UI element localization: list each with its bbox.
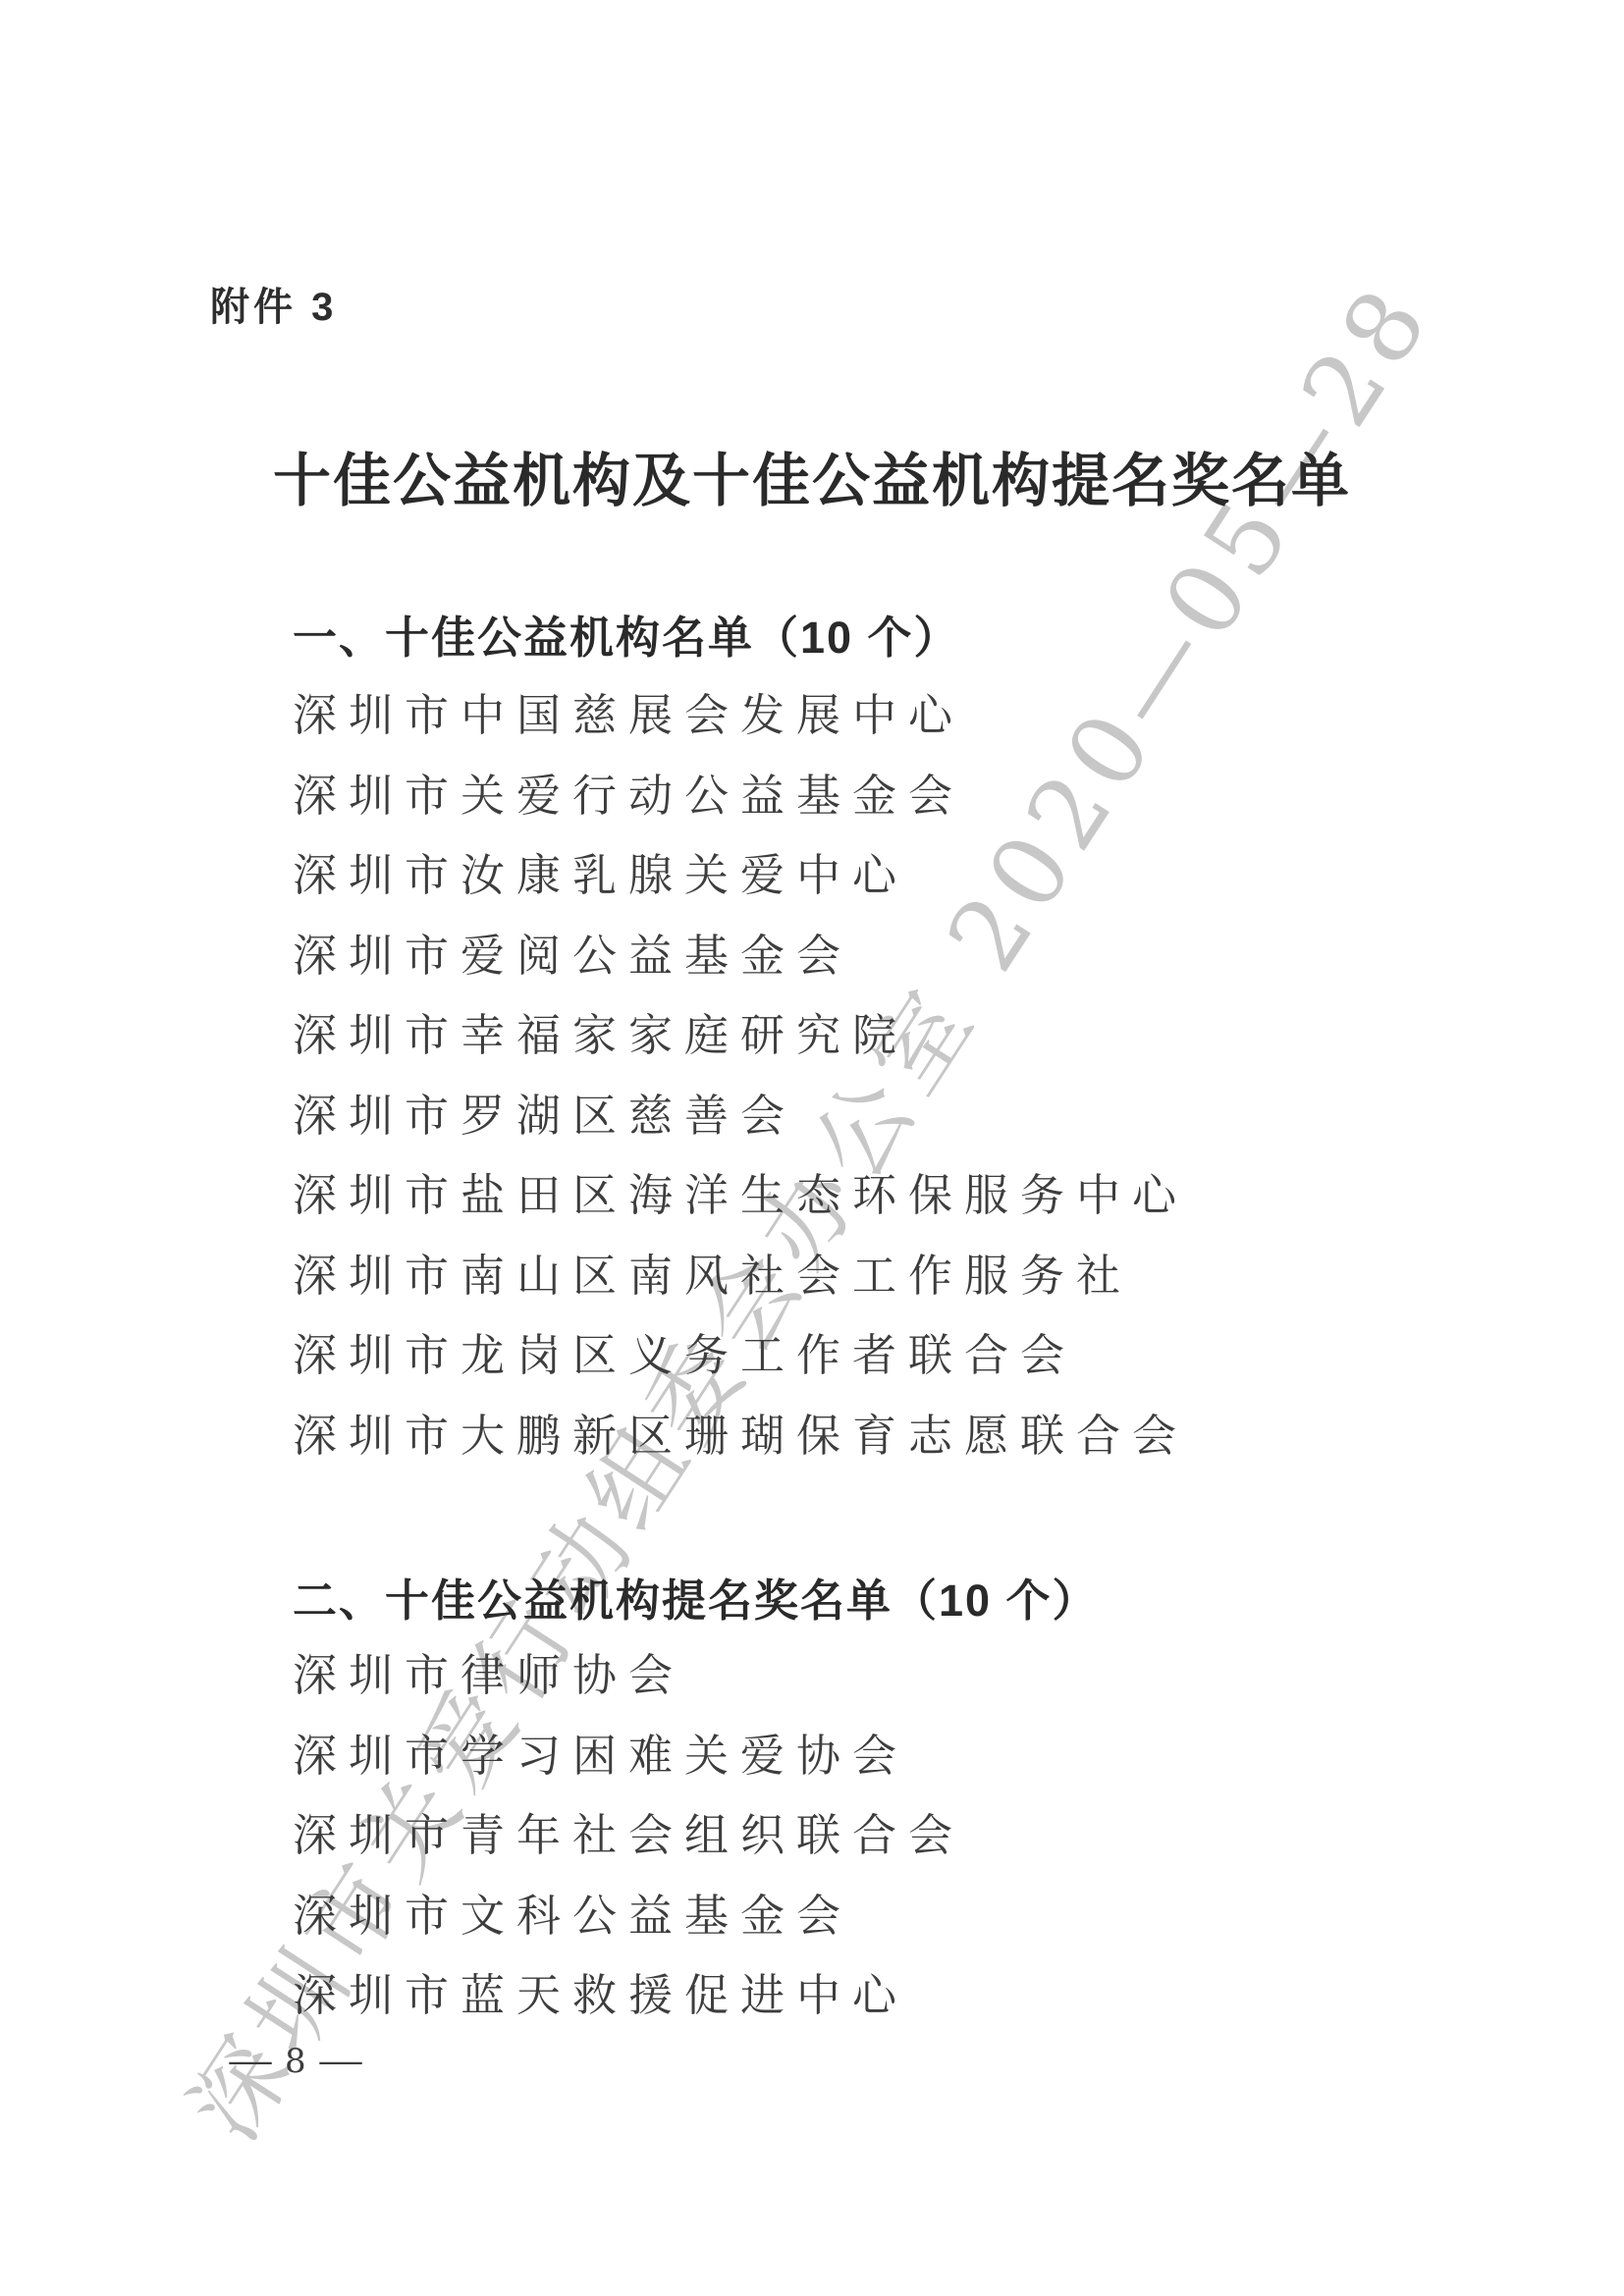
org-list-item: 深圳市中国慈展会发展中心: [293, 671, 1188, 752]
section-2-list: 深圳市律师协会 深圳市学习困难关爱协会 深圳市青年社会组织联合会 深圳市文科公益…: [293, 1631, 964, 2032]
section-1-heading: 一、十佳公益机构名单（10 个）: [293, 602, 960, 666]
footer-right-dash: —: [317, 2042, 364, 2081]
org-list-item: 深圳市律师协会: [293, 1631, 964, 1712]
org-list-item: 深圳市龙岗区义务工作者联合会: [293, 1311, 1188, 1392]
org-list-item: 深圳市罗湖区慈善会: [293, 1072, 1188, 1152]
section-1-list: 深圳市中国慈展会发展中心 深圳市关爱行动公益基金会 深圳市汝康乳腺关爱中心 深圳…: [293, 671, 1188, 1471]
org-list-item: 深圳市文科公益基金会: [293, 1872, 964, 1952]
page-footer: — 8 —: [234, 2042, 357, 2081]
org-list-item: 深圳市盐田区海洋生态环保服务中心: [293, 1151, 1188, 1232]
org-list-item: 深圳市关爱行动公益基金会: [293, 752, 1188, 832]
org-list-item: 深圳市大鹏新区珊瑚保育志愿联合会: [293, 1392, 1188, 1472]
document-title: 十佳公益机构及十佳公益机构提名奖名单: [0, 434, 1624, 517]
section-2-heading: 二、十佳公益机构提名奖名单（10 个）: [293, 1565, 1099, 1629]
org-list-item: 深圳市青年社会组织联合会: [293, 1791, 964, 1872]
footer-left-dash: —: [227, 2042, 274, 2081]
org-list-item: 深圳市学习困难关爱协会: [293, 1712, 964, 1792]
page-number: 8: [285, 2042, 306, 2081]
org-list-item: 深圳市蓝天救援促进中心: [293, 1951, 964, 2032]
org-list-item: 深圳市爱阅公益基金会: [293, 912, 1188, 992]
attachment-label: 附件 3: [210, 276, 337, 332]
org-list-item: 深圳市汝康乳腺关爱中心: [293, 831, 1188, 912]
document-page: 深圳市关爱行动组委会办公室2020—05—28 附件 3 十佳公益机构及十佳公益…: [0, 0, 1624, 2296]
org-list-item: 深圳市幸福家家庭研究院: [293, 991, 1188, 1072]
org-list-item: 深圳市南山区南风社会工作服务社: [293, 1232, 1188, 1312]
